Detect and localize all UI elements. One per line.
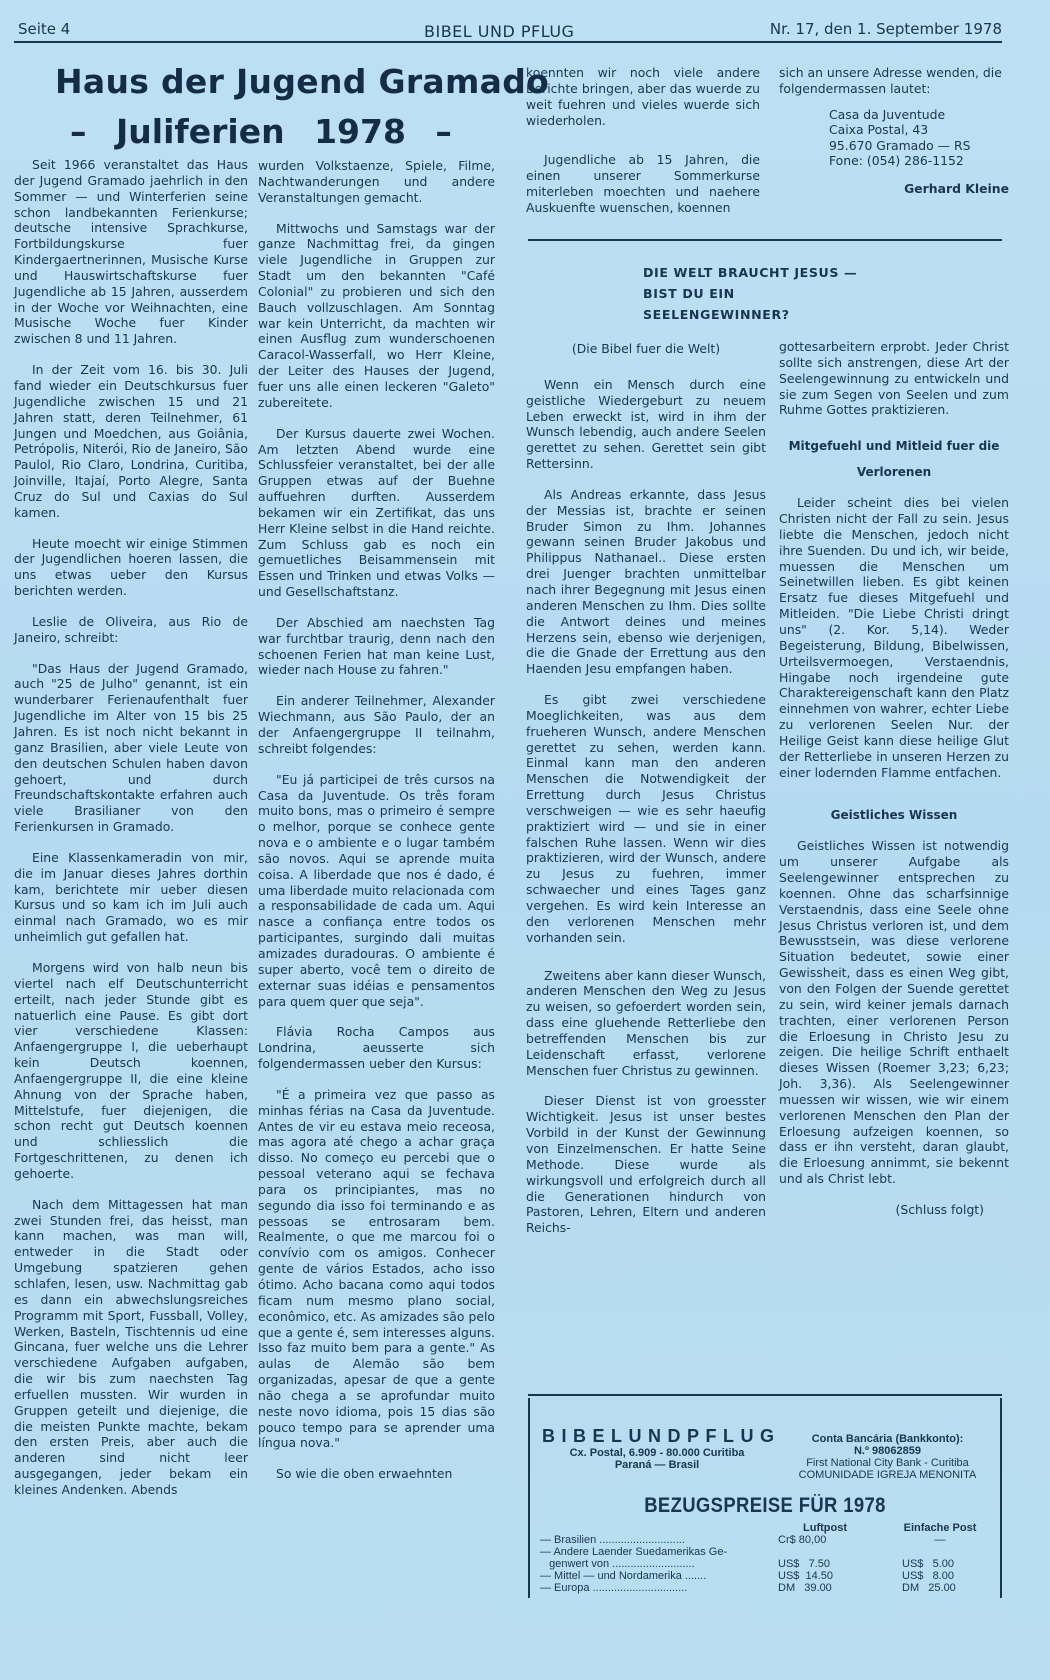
surface-price: DM 25.00 xyxy=(880,1582,1000,1594)
region-cell: — Brasilien ............................ xyxy=(540,1534,770,1546)
publication-title: BIBEL UND PFLUG xyxy=(424,22,574,41)
paragraph: So wie die oben erwaehnten xyxy=(258,1466,495,1482)
paragraph: Mittwochs und Samstags war der ganze Nac… xyxy=(258,221,495,411)
publisher-address: Paraná — Brasil xyxy=(542,1459,772,1471)
paragraph: Heute moecht wir einige Stimmen der Juge… xyxy=(14,536,248,599)
bank-label: Conta Bancária (Bankkonto): xyxy=(775,1433,1000,1445)
paragraph: Es gibt zwei verschiedene Moeglichkeiten… xyxy=(526,692,766,946)
subscription-box: BIBELUNDPFLUG Cx. Postal, 6.909 - 80.000… xyxy=(528,1398,1002,1598)
issue-date: Nr. 17, den 1. September 1978 xyxy=(770,20,1002,38)
headline-line: DIE WELT BRAUCHT JESUS — xyxy=(643,262,857,283)
article2-headline: DIE WELT BRAUCHT JESUS — BIST DU EIN SEE… xyxy=(643,262,857,325)
table-row: — Andere Laender Suedamerikas Ge- xyxy=(540,1546,1000,1558)
paragraph: Seit 1966 veranstaltet das Haus der Juge… xyxy=(14,157,248,347)
airmail-price xyxy=(770,1546,880,1558)
subheading: Geistliches Wissen xyxy=(779,802,1009,828)
headline-line: SEELENGEWINNER? xyxy=(643,304,857,325)
publisher-info: BIBELUNDPFLUG Cx. Postal, 6.909 - 80.000… xyxy=(542,1426,772,1471)
page-number: Seite 4 xyxy=(18,20,70,38)
author-signature: Gerhard Kleine xyxy=(779,181,1009,197)
headline-line: BIST DU EIN xyxy=(643,283,857,304)
table-row: — Mittel — und Nordamerika ....... US$ 1… xyxy=(540,1570,1000,1582)
paragraph: Der Kursus dauerte zwei Wochen. Am letzt… xyxy=(258,426,495,600)
airmail-price: DM 39.00 xyxy=(770,1582,880,1594)
box-top-rule xyxy=(528,1394,1002,1396)
account-holder: COMUNIDADE IGREJA MENONITA xyxy=(775,1469,1000,1481)
address-line: Casa da Juventude xyxy=(829,107,1009,123)
contact-address: Casa da Juventude Caixa Postal, 43 95.67… xyxy=(829,107,1009,169)
paragraph: "É a primeira vez que passo as minhas fé… xyxy=(258,1087,495,1451)
phone-line: Fone: (054) 286-1152 xyxy=(829,153,1009,169)
bank-info: Conta Bancária (Bankkonto): N.º 98062859… xyxy=(775,1433,1000,1481)
article2-column-1: (Die Bibel fuer die Welt) Wenn ein Mensc… xyxy=(526,341,766,1251)
paragraph: In der Zeit vom 16. bis 30. Juli fand wi… xyxy=(14,362,248,520)
surface-price xyxy=(880,1546,1000,1558)
region-cell: genwert von ........................... xyxy=(540,1558,770,1570)
bank-number: N.º 98062859 xyxy=(775,1445,1000,1457)
paragraph: Leslie de Oliveira, aus Rio de Janeiro, … xyxy=(14,614,248,646)
paragraph: gottesarbeitern erprobt. Jeder Christ so… xyxy=(779,339,1009,418)
table-row: genwert von ........................... … xyxy=(540,1558,1000,1570)
column-header: Einfache Post xyxy=(880,1522,1000,1534)
region-cell: — Europa ............................... xyxy=(540,1582,770,1594)
paragraph: wurden Volkstaenze, Spiele, Filme, Nacht… xyxy=(258,158,495,206)
airmail-price: US$ 14.50 xyxy=(770,1570,880,1582)
article1-headline: Haus der Jugend Gramado xyxy=(55,62,549,101)
paragraph: Jugendliche ab 15 Jahren, die einen unse… xyxy=(526,152,760,215)
column-header xyxy=(540,1522,770,1534)
address-line: Caixa Postal, 43 xyxy=(829,122,1009,138)
paragraph: Ein anderer Teilnehmer, Alexander Wiechm… xyxy=(258,693,495,756)
publisher-address: Cx. Postal, 6.909 - 80.000 Curitiba xyxy=(542,1447,772,1459)
page-header: Seite 4 BIBEL UND PFLUG Nr. 17, den 1. S… xyxy=(14,14,1002,42)
paragraph: "Eu já participei de três cursos na Casa… xyxy=(258,772,495,1010)
publisher-name: BIBELUNDPFLUG xyxy=(542,1426,772,1447)
table-header: Luftpost Einfache Post xyxy=(540,1522,1000,1534)
subheading-line: Mitgefuehl und Mitleid fuer die xyxy=(779,433,1009,459)
paragraph: sich an unsere Adresse wenden, die folge… xyxy=(779,65,1009,97)
region-cell: — Mittel — und Nordamerika ....... xyxy=(540,1570,770,1582)
newspaper-page: Seite 4 BIBEL UND PFLUG Nr. 17, den 1. S… xyxy=(0,0,1050,1680)
prices-title: BEZUGSPREISE FÜR 1978 xyxy=(558,1494,972,1518)
paragraph: Zweitens aber kann dieser Wunsch, andere… xyxy=(526,968,766,1079)
article-source: (Die Bibel fuer die Welt) xyxy=(526,341,766,357)
region-cell: — Andere Laender Suedamerikas Ge- xyxy=(540,1546,770,1558)
paragraph: Morgens wird von halb neun bis viertel n… xyxy=(14,960,248,1182)
paragraph: Dieser Dienst ist von groesster Wichtigk… xyxy=(526,1093,766,1236)
header-rule xyxy=(14,41,1002,43)
article1-column-4: sich an unsere Adresse wenden, die folge… xyxy=(779,65,1009,197)
paragraph: Wenn ein Mensch durch eine geistliche Wi… xyxy=(526,377,766,472)
paragraph: koennten wir noch viele andere Berichte … xyxy=(526,65,760,128)
table-row: — Brasilien ............................… xyxy=(540,1534,1000,1546)
paragraph: "Das Haus der Jugend Gramado, auch "25 d… xyxy=(14,661,248,835)
prices-table: Luftpost Einfache Post — Brasilien .....… xyxy=(540,1522,1000,1594)
subheading-line: Verlorenen xyxy=(779,459,1009,485)
article1-subheadline: – Juliferien 1978 – xyxy=(70,112,452,151)
surface-price: US$ 5.00 xyxy=(880,1558,1000,1570)
paragraph: Flávia Rocha Campos aus Londrina, aeusse… xyxy=(258,1024,495,1072)
paragraph: Als Andreas erkannte, dass Jesus der Mes… xyxy=(526,487,766,677)
surface-price: US$ 8.00 xyxy=(880,1570,1000,1582)
paragraph: Nach dem Mittagessen hat man zwei Stunde… xyxy=(14,1197,248,1498)
subheading: Mitgefuehl und Mitleid fuer die Verloren… xyxy=(779,433,1009,485)
paragraph: Leider scheint dies bei vielen Christen … xyxy=(779,495,1009,780)
bank-name: First National City Bank - Curitiba xyxy=(775,1457,1000,1469)
article1-column-3: koennten wir noch viele andere Berichte … xyxy=(526,65,760,231)
column-header: Luftpost xyxy=(770,1522,880,1534)
continued-note: (Schluss folgt) xyxy=(779,1202,1009,1218)
section-divider xyxy=(528,239,1002,241)
paragraph: Geistliches Wissen ist notwendig um unse… xyxy=(779,838,1009,1187)
article1-column-1: Seit 1966 veranstaltet das Haus der Juge… xyxy=(14,157,248,1513)
airmail-price: Cr$ 80,00 xyxy=(770,1534,880,1546)
table-row: — Europa ...............................… xyxy=(540,1582,1000,1594)
article2-column-2: gottesarbeitern erprobt. Jeder Christ so… xyxy=(779,339,1009,1233)
address-line: 95.670 Gramado — RS xyxy=(829,138,1009,154)
surface-price: — xyxy=(880,1534,1000,1546)
airmail-price: US$ 7.50 xyxy=(770,1558,880,1570)
paragraph: Der Abschied am naechsten Tag war furcht… xyxy=(258,615,495,678)
paragraph: Eine Klassenkameradin von mir, die im Ja… xyxy=(14,850,248,945)
article1-column-2: wurden Volkstaenze, Spiele, Filme, Nacht… xyxy=(258,158,495,1497)
